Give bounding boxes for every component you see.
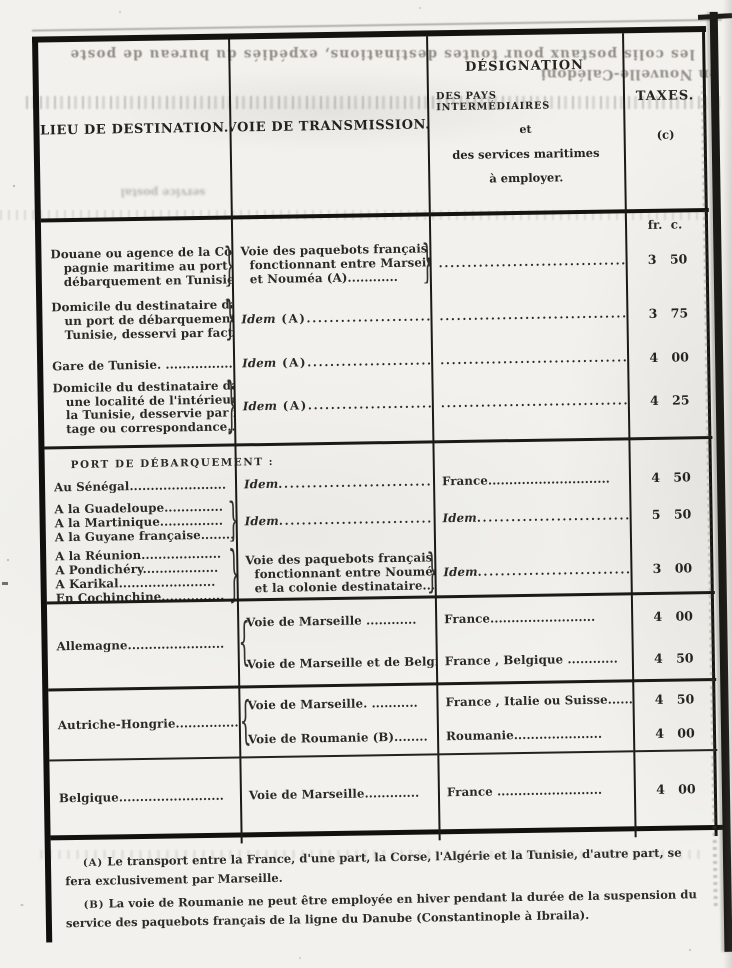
idem-label: Idem — [443, 510, 477, 525]
curly-brace: { — [239, 697, 251, 748]
cell-voie: Voie des paquebots français fonctionnant… — [231, 242, 430, 286]
header-transmission-label: VOIE DE TRANSMISSION. — [228, 117, 429, 135]
cell-pays: France ......................... — [438, 782, 634, 799]
cell-destination: Domicile du destinataire dans un port de… — [42, 299, 233, 343]
header-cell-designation: DÉSIGNATION DES PAYS INTERMÉDIAIRES et d… — [426, 33, 625, 212]
cell-destination: A la Réunion................... A Pondic… — [46, 548, 237, 606]
cell-destination: Au Sénégal....................... — [45, 477, 235, 494]
voie-line: et la colonie destinataire.... — [246, 579, 426, 596]
table-row: Domicile du destinataire dans une locali… — [43, 372, 712, 438]
table-row: Douane ou agence de la Com- pagnie marit… — [41, 238, 710, 290]
footnote-b: (B) La voie de Roumanie ne peut être emp… — [66, 886, 700, 931]
cell-pays: France............................. — [433, 471, 629, 488]
cell-destination: Douane ou agence de la Com- pagnie marit… — [41, 246, 232, 290]
voie-leader: (A).......................... — [276, 354, 431, 370]
ink-speck — [2, 582, 8, 585]
designation-line: et — [519, 123, 531, 136]
designation-line: DÉSIGNATION — [465, 58, 584, 75]
section-belgique: Belgique......................... Voie d… — [49, 749, 718, 835]
idem-label: Idem — [245, 514, 279, 529]
table-row: Domicile du destinataire dans un port de… — [42, 291, 711, 343]
cell-voie: Voie des paquebots français fonctionnant… — [236, 552, 435, 596]
section-ports-debarquement: PORT DE DÉBARQUEMENT : Au Sénégal.......… — [44, 436, 714, 601]
idem-label: Idem — [243, 399, 277, 414]
section-autriche-hongrie: Autriche-Hongrie............... Voie de … — [48, 678, 717, 759]
cell-destination: Gare de Tunisie. ...................... — [43, 357, 233, 374]
table-header-row: LIEU DE DESTINATION. VOIE DE TRANSMISSIO… — [38, 32, 709, 222]
cell-taxe: 4 50 — [629, 469, 713, 485]
cell-taxe: 5 50 — [629, 506, 713, 522]
designation-line: DES PAYS INTERMÉDIAIRES — [436, 88, 614, 113]
idem-label: Idem — [443, 565, 477, 580]
cell-taxe: 4 00 — [634, 780, 718, 796]
voie-leader: .............................. — [279, 511, 434, 527]
destination-line: débarquement en Tunisie... — [51, 273, 223, 289]
section-allemagne: Allemagne....................... Voie de… — [47, 591, 716, 688]
cell-voie: Idem.............................. — [236, 511, 434, 528]
designation-line: des services maritimes — [452, 146, 599, 162]
adjacent-page-fragment — [712, 82, 715, 108]
cell-pays: ........................................ — [432, 394, 628, 411]
header-destination-label: LIEU DE DESTINATION. — [40, 120, 229, 138]
footnote-a-marker: (A) — [83, 858, 103, 869]
cell-voie: Voie de Marseille ............ — [237, 598, 436, 643]
idem-label: Idem — [242, 356, 276, 371]
cell-taxe: 4 00 — [631, 594, 716, 637]
destination-line: tage ou correspondance..... — [53, 421, 225, 437]
currency-units-label: fr. c. — [625, 217, 705, 232]
cell-taxe: 3 00 — [630, 560, 714, 576]
section-heading: PORT DE DÉBARQUEMENT : — [45, 449, 713, 471]
designation-line: à employer. — [489, 170, 563, 185]
header-cell-destination: LIEU DE DESTINATION. — [38, 40, 231, 219]
taxes-footnote-ref: (c) — [657, 128, 675, 142]
cell-voie: Voie de Marseille et de Belgique. — [238, 640, 437, 685]
cell-pays: France......................... — [435, 595, 632, 640]
voie-leader: (A).......................... — [276, 309, 431, 325]
table-row: Au Sénégal....................... Idem..… — [45, 469, 713, 494]
header-cell-taxes: TAXES. (c) — [622, 32, 709, 209]
cell-pays: Idem............................. — [434, 562, 630, 579]
cell-pays: France , Belgique ............ — [436, 637, 633, 682]
cell-taxe: 4 50 — [632, 636, 717, 679]
footnote-b-text: La voie de Roumanie ne peut être employé… — [66, 887, 697, 929]
cell-pays: Roumanie..................... — [437, 716, 634, 753]
cell-destination: Allemagne....................... — [47, 601, 238, 688]
pays-leader: ............................. — [478, 562, 631, 578]
cell-destination: Autriche-Hongrie............... — [48, 688, 239, 759]
cell-pays: Idem............................. — [434, 508, 630, 525]
cell-pays: ........................................ — [431, 351, 627, 368]
cell-voie: Idem (A).......................... — [233, 354, 431, 371]
cell-taxe: 4 00 — [627, 349, 711, 365]
pays-leader: ............................. — [477, 508, 630, 524]
cell-taxe: 4 00 — [633, 715, 718, 750]
cell-destination: Belgique......................... — [50, 788, 240, 805]
cell-voie: Idem.............................. — [235, 474, 433, 491]
cell-destination: A la Guadeloupe.............. A la Marti… — [45, 500, 236, 544]
cell-voie: Idem (A).......................... — [232, 309, 430, 326]
destination-line: Tunisie, desservi par factage. — [52, 327, 224, 343]
footnote-a-text: Le transport entre la France, d'une part… — [65, 846, 681, 888]
page-edge-shading — [723, 0, 732, 968]
cell-taxe: 4 25 — [628, 392, 712, 408]
tariff-table: LIEU DE DESTINATION. VOIE DE TRANSMISSIO… — [32, 26, 720, 942]
voie-leader: .............................. — [278, 474, 433, 490]
cell-taxe: 4 50 — [632, 681, 717, 716]
cell-taxe: 3 50 — [625, 251, 709, 267]
voie-leader: (A).......................... — [277, 397, 432, 413]
footnote-a: (A) Le transport entre la France, d'une … — [65, 844, 699, 889]
scan-skew-wrapper: LIEU DE DESTINATION. VOIE DE TRANSMISSIO… — [32, 26, 732, 957]
cell-taxe: 3 75 — [626, 305, 710, 321]
cell-pays: ........................................ — [430, 306, 626, 323]
cell-voie: Voie de Marseille. ........... — [238, 685, 437, 722]
footnote-b-marker: (B) — [84, 900, 105, 911]
cell-voie: Voie de Roumanie (B)........ — [239, 719, 438, 756]
cell-pays: France , Italie ou Suisse...... — [436, 682, 633, 719]
section-tunisie: fr. c. Douane ou agence de la Com- pagni… — [41, 212, 712, 446]
scanned-page: les colis postaux pour toutes destinatio… — [0, 0, 732, 968]
table-row: A la Guadeloupe.............. A la Marti… — [45, 493, 714, 545]
idem-label: Idem — [244, 476, 278, 491]
voie-line: et Nouméa (A)............ — [241, 270, 421, 287]
cell-pays: ........................................ — [430, 253, 626, 270]
destination-line: A la Guyane française........ — [55, 528, 227, 544]
cell-voie: Voie de Marseille............. — [240, 785, 438, 802]
header-cell-transmission: VOIE DE TRANSMISSION. — [228, 36, 429, 215]
taxes-label: TAXES. — [636, 88, 695, 104]
cell-destination: Domicile du destinataire dans une locali… — [43, 379, 234, 437]
table-row: Gare de Tunisie. ...................... … — [43, 349, 711, 374]
idem-label: Idem — [241, 312, 275, 327]
cell-voie: Idem (A).......................... — [234, 397, 432, 414]
curly-brace: { — [238, 618, 250, 669]
footnotes: (A) Le transport entre la France, d'une … — [65, 844, 700, 931]
